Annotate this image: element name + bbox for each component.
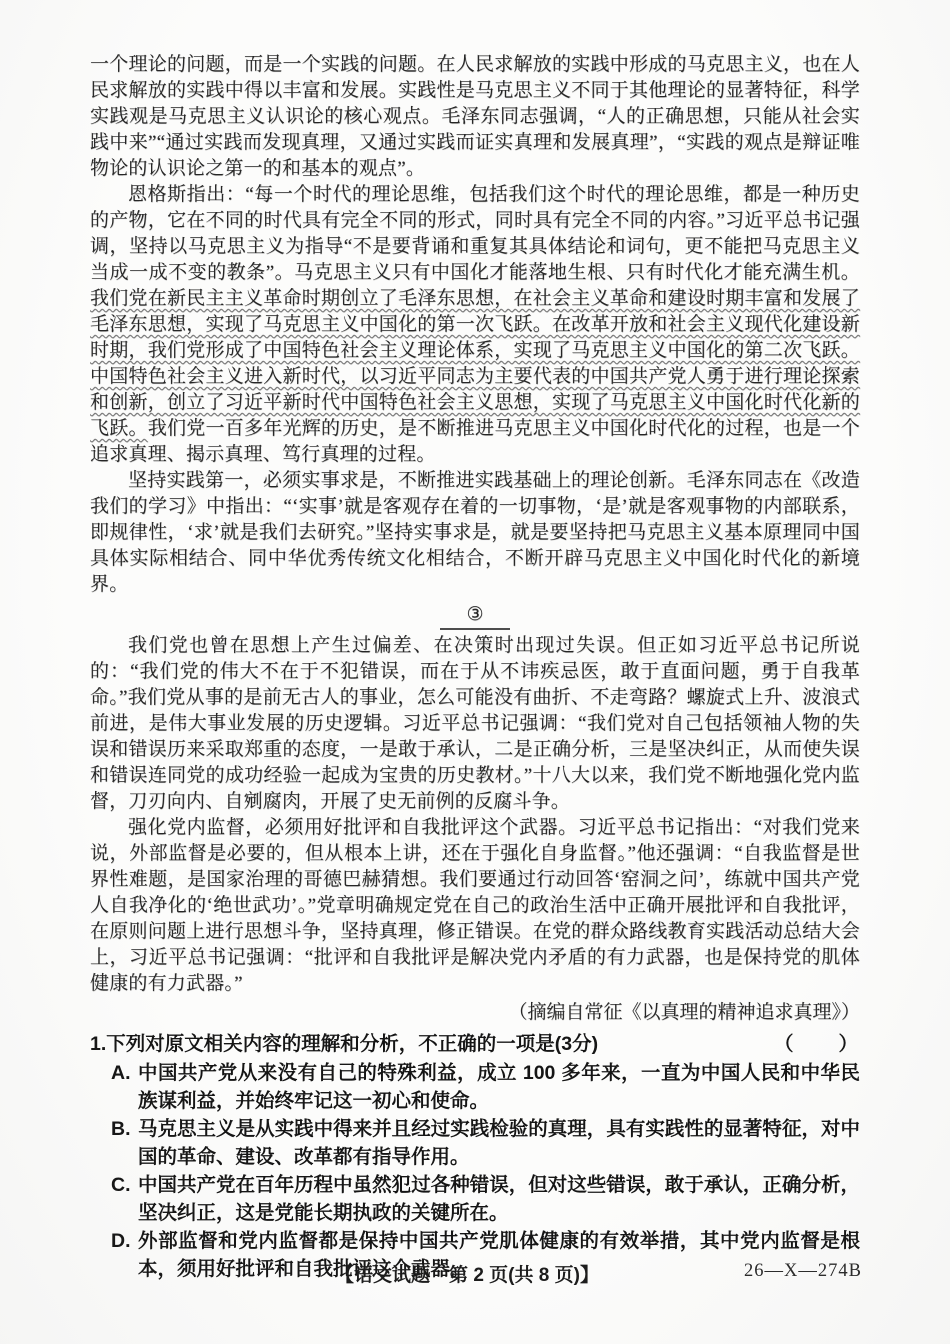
paragraph-2-text: 恩格斯指出：“每一个时代的理论思维，包括我们这个时代的理论思维，都是一种历史的产… xyxy=(90,184,860,283)
paragraph-2-wavy-underlined-text: 我们党在新民主主义革命时期创立了毛泽东思想，在社会主义革命和建设时期丰富和发展了… xyxy=(90,288,860,439)
question-1-stem-row: 1.下列对原文相关内容的理解和分析，不正确的一项是(3分) （ ） xyxy=(90,1029,860,1059)
circled-three-marker: ③ xyxy=(440,603,509,630)
section-divider: ③ xyxy=(90,603,860,630)
option-b-letter: B. xyxy=(111,1115,138,1171)
option-c-text: 中国共产党在百年历程中虽然犯过各种错误，但对这些错误，敢于承认，正确分析，坚决纠… xyxy=(138,1171,860,1227)
option-a: A. 中国共产党从来没有自己的特殊利益，成立 100 多年来，一直为中国人民和中… xyxy=(90,1059,860,1115)
passage-paragraph-2: 恩格斯指出：“每一个时代的理论思维，包括我们这个时代的理论思维，都是一种历史的产… xyxy=(90,182,860,468)
option-a-text: 中国共产党从来没有自己的特殊利益，成立 100 多年来，一直为中国人民和中华民族… xyxy=(138,1059,860,1115)
option-c-letter: C. xyxy=(111,1171,138,1227)
passage-paragraph-1: 一个理论的问题，而是一个实践的问题。在人民求解放的实践中形成的马克思主义，也在人… xyxy=(90,52,860,182)
question-1-stem: 1.下列对原文相关内容的理解和分析，不正确的一项是(3分) xyxy=(90,1029,598,1059)
paragraph-2-closing-text: 我们党一百多年光辉的历史，是不断推进马克思主义中国化时代化的过程，也是一个追求真… xyxy=(90,418,860,465)
paper-code: 26—X—274B xyxy=(744,1261,862,1282)
option-c: C. 中国共产党在百年历程中虽然犯过各种错误，但对这些错误，敢于承认，正确分析，… xyxy=(90,1171,860,1227)
exam-page: 一个理论的问题，而是一个实践的问题。在人民求解放的实践中形成的马克思主义，也在人… xyxy=(0,0,950,1344)
page-footer: 【语文试题 第 2 页(共 8 页)】 26—X—274B xyxy=(0,1260,950,1286)
option-a-letter: A. xyxy=(111,1059,138,1115)
question-1: 1.下列对原文相关内容的理解和分析，不正确的一项是(3分) （ ） A. 中国共… xyxy=(90,1029,860,1283)
passage-paragraph-4: 我们党也曾在思想上产生过偏差、在决策时出现过失误。但正如习近平总书记所说的：“我… xyxy=(90,633,860,815)
passage-paragraph-3: 坚持实践第一，必须实事求是，不断推进实践基础上的理论创新。毛泽东同志在《改造我们… xyxy=(90,468,860,598)
source-attribution: （摘编自常征《以真理的精神追求真理》） xyxy=(90,999,860,1026)
option-b: B. 马克思主义是从实践中得来并且经过实践检验的真理，具有实践性的显著特征，对中… xyxy=(90,1115,860,1171)
reading-passage: 一个理论的问题，而是一个实践的问题。在人民求解放的实践中形成的马克思主义，也在人… xyxy=(90,52,860,1026)
option-b-text: 马克思主义是从实践中得来并且经过实践检验的真理，具有实践性的显著特征，对中国的革… xyxy=(138,1115,860,1171)
answer-blank-brackets: （ ） xyxy=(774,1029,860,1059)
passage-paragraph-5: 强化党内监督，必须用好批评和自我批评这个武器。习近平总书记指出：“对我们党来说，… xyxy=(90,815,860,997)
